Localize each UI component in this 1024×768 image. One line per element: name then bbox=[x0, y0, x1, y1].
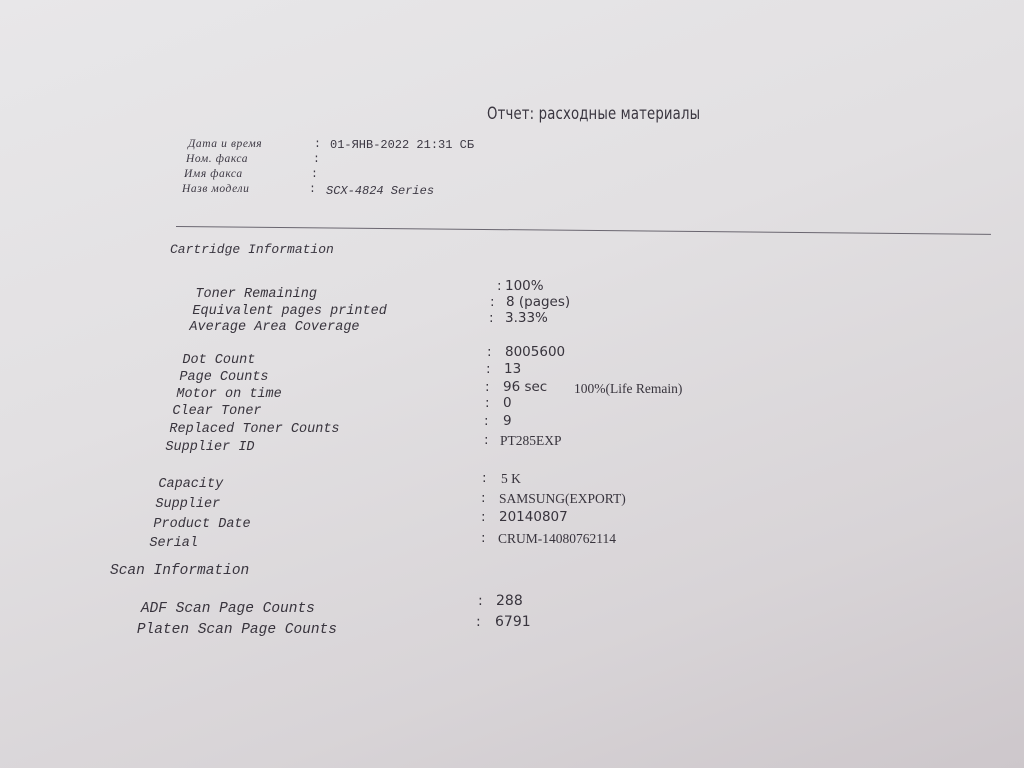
row-value: 5 K bbox=[501, 471, 521, 487]
row-value: CRUM-14080762114 bbox=[498, 531, 616, 547]
row-value: 96 sec bbox=[503, 379, 547, 395]
row-value: 100% bbox=[505, 278, 544, 294]
row-value: PT285EXP bbox=[500, 433, 562, 449]
row-label: Average Area Coverage bbox=[189, 320, 359, 335]
row-colon: : bbox=[484, 432, 489, 448]
row-colon: : bbox=[481, 530, 486, 546]
header-label-fax-number: Ном. факса bbox=[186, 153, 248, 165]
row-colon: : bbox=[482, 470, 487, 486]
row-colon: : bbox=[478, 593, 483, 609]
header-value-datetime: 01-ЯНВ-2022 21:31 СБ bbox=[330, 138, 474, 152]
header-label-model: Назв модели bbox=[182, 183, 250, 195]
row-colon: : bbox=[486, 361, 491, 377]
row-value: 6791 bbox=[495, 614, 531, 630]
row-colon: : bbox=[487, 344, 492, 360]
row-colon: : bbox=[489, 310, 494, 326]
row-label: Platen Scan Page Counts bbox=[137, 622, 337, 638]
row-colon: : bbox=[476, 614, 481, 630]
cartridge-section-title: Cartridge Information bbox=[170, 242, 334, 257]
header-colon: : bbox=[311, 168, 318, 181]
separator-line bbox=[176, 226, 991, 235]
row-colon: : bbox=[485, 395, 490, 411]
row-colon: : bbox=[481, 490, 486, 506]
header-label-fax-name: Имя факса bbox=[184, 168, 243, 180]
row-value: 8005600 bbox=[505, 344, 565, 360]
row-colon: : bbox=[497, 278, 502, 294]
row-platen-scan-page-counts: Platen Scan Page Counts : 6791 bbox=[102, 606, 337, 686]
row-value: SAMSUNG(EXPORT) bbox=[499, 491, 626, 507]
row-value: 288 bbox=[496, 593, 523, 609]
header-colon: : bbox=[309, 183, 316, 196]
row-value: 13 bbox=[504, 361, 521, 377]
row-value: 9 bbox=[503, 413, 512, 429]
header-label-datetime: Дата и время bbox=[188, 138, 262, 150]
row-label: Serial bbox=[149, 536, 198, 551]
header-colon: : bbox=[313, 153, 320, 166]
row-colon: : bbox=[490, 294, 495, 310]
report-title: Отчет: расходные материалы bbox=[487, 104, 700, 124]
header-colon: : bbox=[314, 138, 321, 151]
row-extra-life-remain: 100%(Life Remain) bbox=[574, 381, 682, 397]
row-value: 0 bbox=[503, 395, 512, 411]
row-colon: : bbox=[484, 413, 489, 429]
row-label: Supplier ID bbox=[165, 440, 254, 455]
row-value: 3.33% bbox=[505, 310, 548, 326]
row-value: 8 (pages) bbox=[506, 294, 570, 310]
header-value-model: SCX-4824 Series bbox=[326, 184, 434, 198]
scan-section-title: Scan Information bbox=[110, 563, 249, 579]
row-colon: : bbox=[485, 379, 490, 395]
row-colon: : bbox=[481, 509, 486, 525]
row-value: 20140807 bbox=[499, 509, 568, 525]
